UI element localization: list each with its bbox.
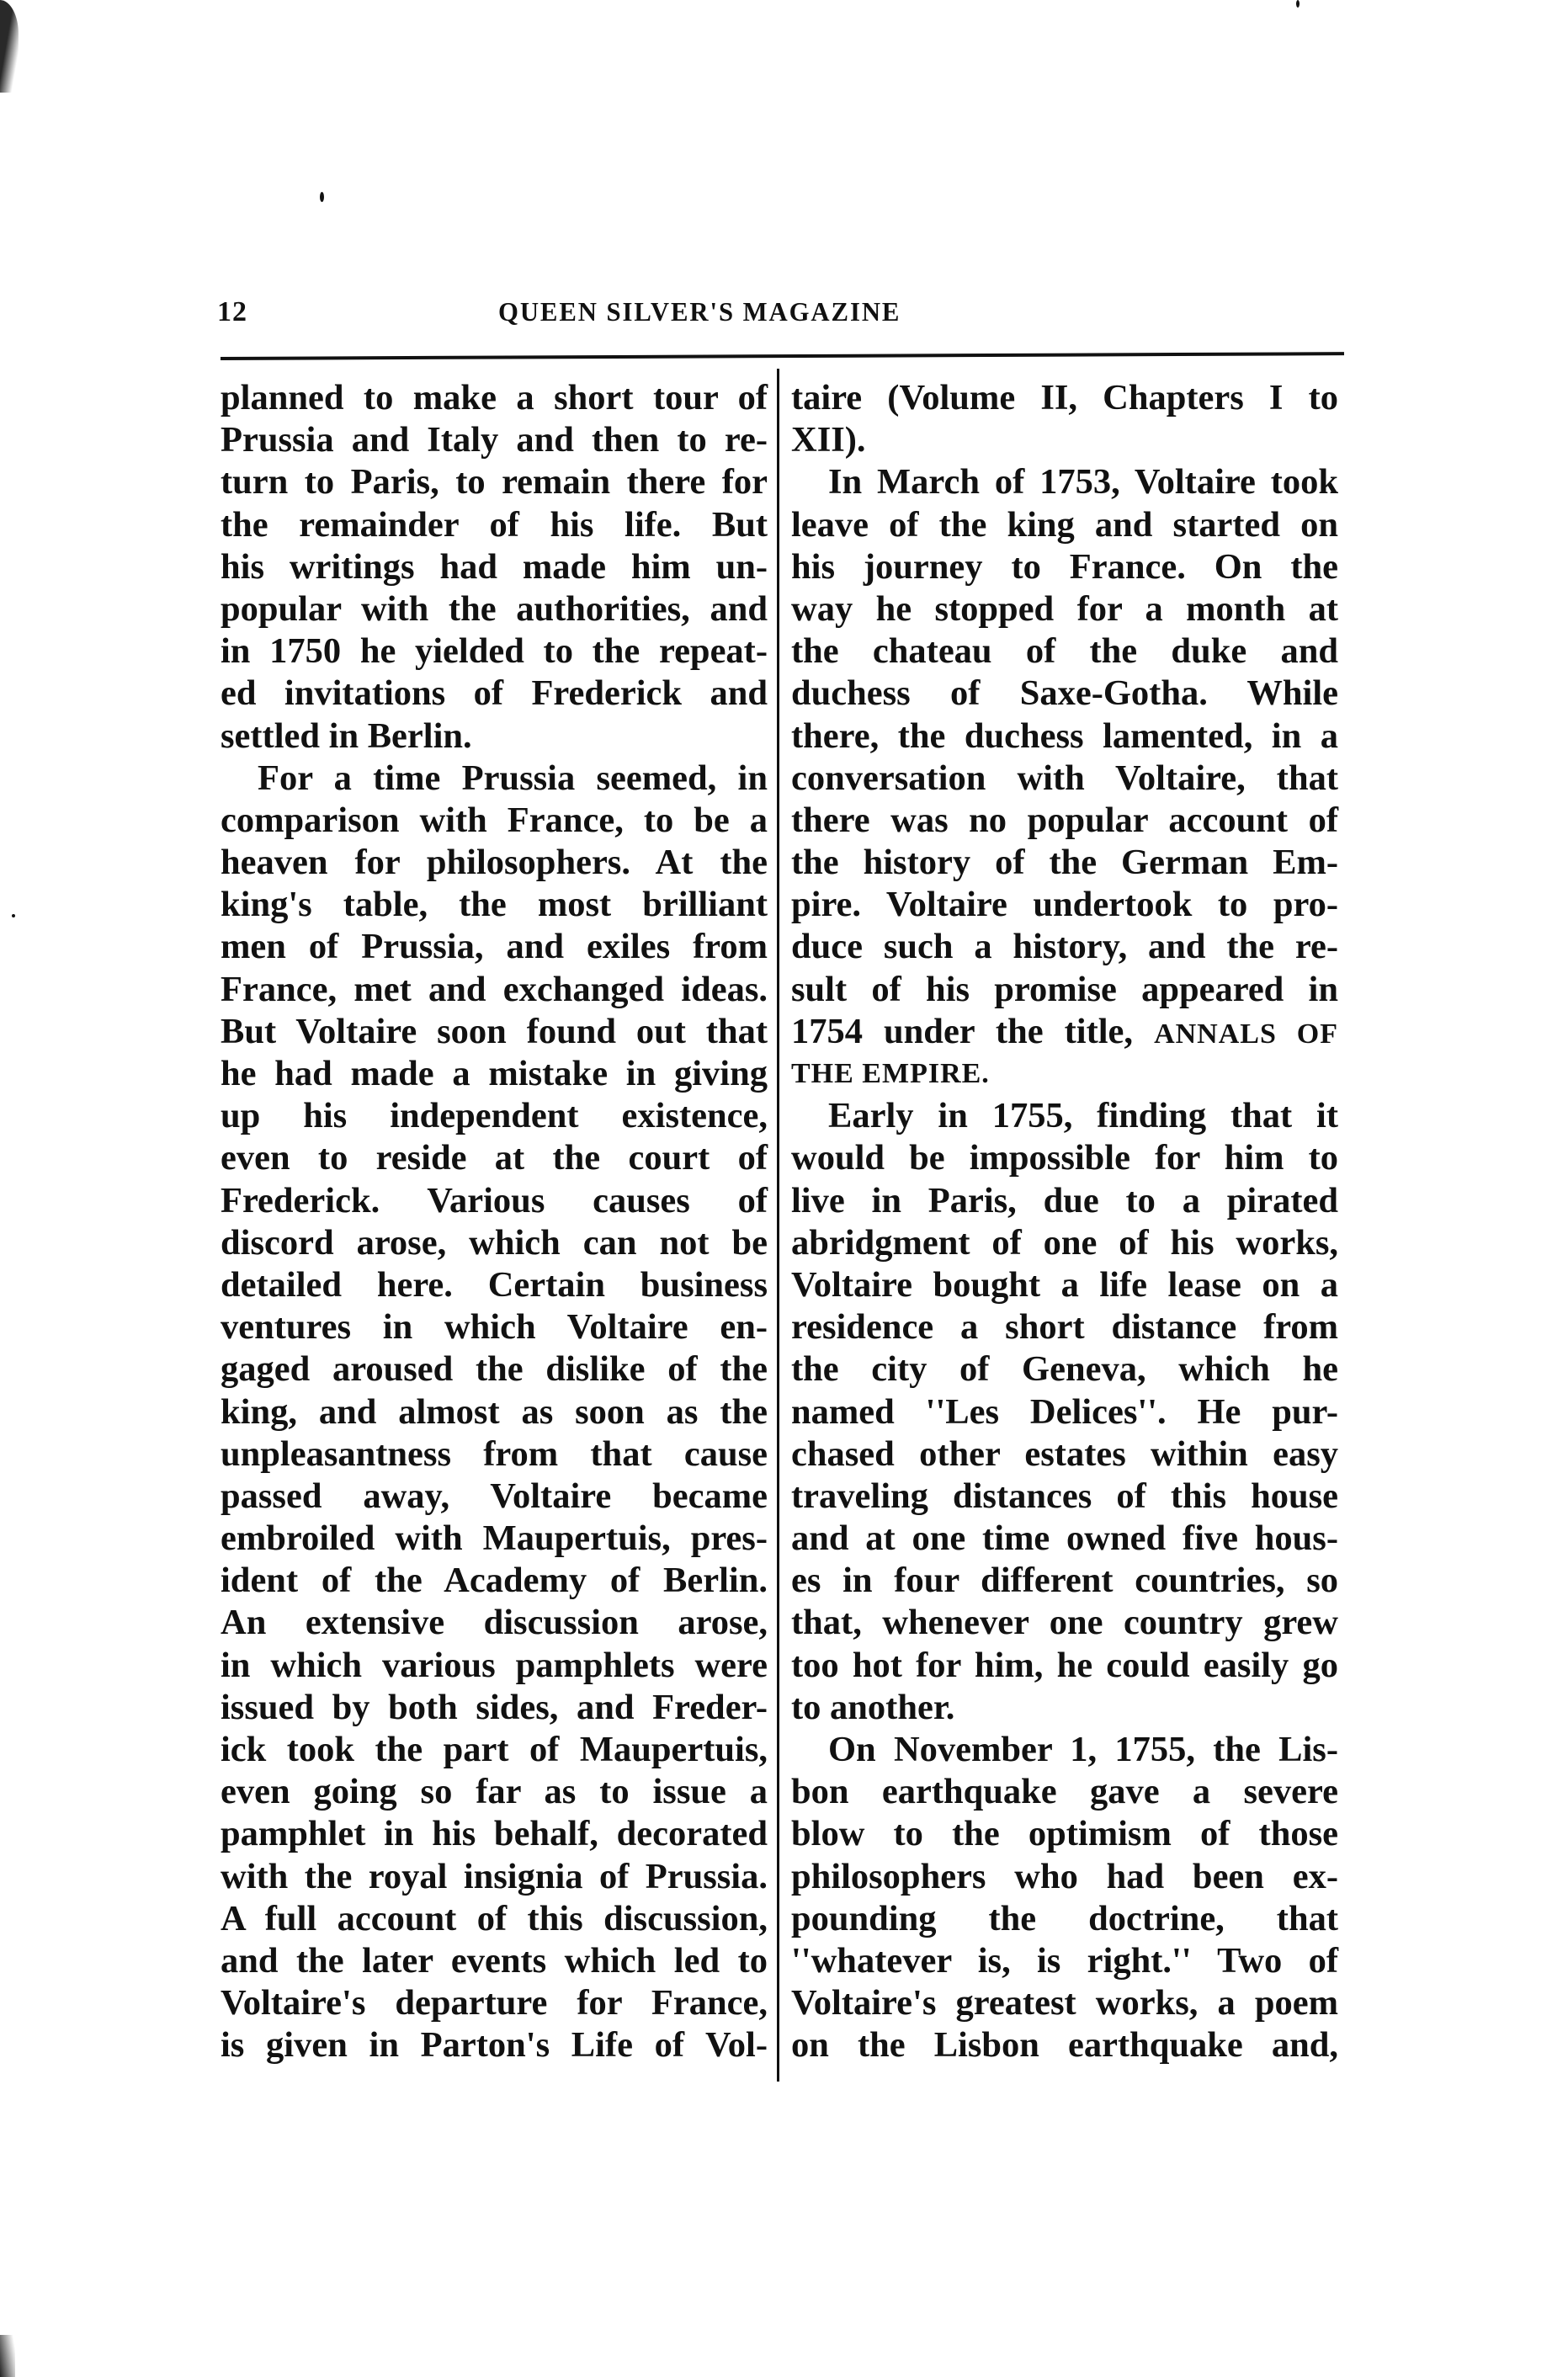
text-line: blow to the optimism of those bbox=[791, 1813, 1338, 1855]
text-line: up his independent existence, bbox=[221, 1095, 768, 1137]
text-column-left: planned to make a short tour ofPrussia a… bbox=[221, 377, 768, 2067]
text-line: pamphlet in his behalf, decorated bbox=[221, 1813, 768, 1855]
text-line: duchess of Saxe-Gotha. While bbox=[791, 673, 1338, 715]
scan-speck bbox=[12, 914, 15, 917]
text-line: comparison with France, to be a bbox=[221, 800, 768, 842]
text-line: live in Paris, due to a pirated bbox=[791, 1180, 1338, 1222]
text-line: Voltaire's greatest works, a poem bbox=[791, 1982, 1338, 2024]
text-line: philosophers who had been ex- bbox=[791, 1856, 1338, 1898]
page-number: 12 bbox=[217, 296, 247, 328]
text-line: conversation with Voltaire, that bbox=[791, 758, 1338, 800]
text-line: 1754 under the title, ANNALS OF bbox=[791, 1011, 1338, 1053]
text-line: abridgment of one of his works, bbox=[791, 1222, 1338, 1264]
magazine-title: QUEEN SILVER'S MAGAZINE bbox=[498, 296, 901, 327]
scan-speck bbox=[320, 192, 324, 202]
scan-edge-shadow bbox=[0, 0, 19, 93]
text-line: settled in Berlin. bbox=[221, 715, 768, 758]
text-line: In March of 1753, Voltaire took bbox=[791, 461, 1338, 503]
text-line: the remainder of his life. But bbox=[221, 504, 768, 546]
text-line: king, and almost as soon as the bbox=[221, 1391, 768, 1433]
text-line: and the later events which led to bbox=[221, 1940, 768, 1982]
text-line: ick took the part of Maupertuis, bbox=[221, 1729, 768, 1771]
text-line: even to reside at the court of bbox=[221, 1137, 768, 1179]
text-line: A full account of this discussion, bbox=[221, 1898, 768, 1940]
text-line: and at one time owned five hous- bbox=[791, 1518, 1338, 1560]
text-line: he had made a mistake in giving bbox=[221, 1053, 768, 1095]
text-line: Early in 1755, finding that it bbox=[791, 1095, 1338, 1137]
text-line: turn to Paris, to remain there for bbox=[221, 461, 768, 503]
text-line: is given in Parton's Life of Vol- bbox=[221, 2024, 768, 2066]
text-line: Voltaire bought a life lease on a bbox=[791, 1264, 1338, 1306]
text-line: the history of the German Em- bbox=[791, 842, 1338, 884]
text-line: Frederick. Various causes of bbox=[221, 1180, 768, 1222]
text-line: in 1750 he yielded to the repeat- bbox=[221, 630, 768, 673]
text-line: pounding the doctrine, that bbox=[791, 1898, 1338, 1940]
text-line: bon earthquake gave a severe bbox=[791, 1771, 1338, 1813]
running-header: 12 QUEEN SILVER'S MAGAZINE bbox=[217, 296, 1345, 338]
header-rule bbox=[221, 352, 1344, 360]
text-line: ''whatever is, is right.'' Two of bbox=[791, 1940, 1338, 1982]
text-line: pire. Voltaire undertook to pro- bbox=[791, 884, 1338, 926]
scan-speck bbox=[1296, 0, 1300, 8]
text-line: way he stopped for a month at bbox=[791, 588, 1338, 630]
text-line: ident of the Academy of Berlin. bbox=[221, 1560, 768, 1602]
text-line: traveling distances of this house bbox=[791, 1476, 1338, 1518]
text-line: heaven for philosophers. At the bbox=[221, 842, 768, 884]
text-line: on the Lisbon earthquake and, bbox=[791, 2024, 1338, 2066]
text-line: embroiled with Maupertuis, pres- bbox=[221, 1518, 768, 1560]
text-line: to another. bbox=[791, 1687, 1338, 1729]
text-line: chased other estates within easy bbox=[791, 1433, 1338, 1476]
text-line: Prussia and Italy and then to re- bbox=[221, 419, 768, 461]
text-line: that, whenever one country grew bbox=[791, 1602, 1338, 1644]
text-line: sult of his promise appeared in bbox=[791, 969, 1338, 1011]
text-line: An extensive discussion arose, bbox=[221, 1602, 768, 1644]
text-line: popular with the authorities, and bbox=[221, 588, 768, 630]
text-line: duce such a history, and the re- bbox=[791, 926, 1338, 968]
text-line: issued by both sides, and Freder- bbox=[221, 1687, 768, 1729]
text-line: king's table, the most brilliant bbox=[221, 884, 768, 926]
scanned-page: 12 QUEEN SILVER'S MAGAZINE planned to ma… bbox=[0, 0, 1568, 2377]
text-line: passed away, Voltaire became bbox=[221, 1476, 768, 1518]
text-line: ed invitations of Frederick and bbox=[221, 673, 768, 715]
column-divider bbox=[777, 369, 779, 2082]
text-line: France, met and exchanged ideas. bbox=[221, 969, 768, 1011]
text-line: ventures in which Voltaire en- bbox=[221, 1306, 768, 1348]
text-line: For a time Prussia seemed, in bbox=[221, 758, 768, 800]
text-line: even going so far as to issue a bbox=[221, 1771, 768, 1813]
text-line: men of Prussia, and exiles from bbox=[221, 926, 768, 968]
text-line: there was no popular account of bbox=[791, 800, 1338, 842]
text-line: his writings had made him un- bbox=[221, 546, 768, 588]
text-line: his journey to France. On the bbox=[791, 546, 1338, 588]
text-line: taire (Volume II, Chapters I to bbox=[791, 377, 1338, 419]
book-title-smallcaps: ANNALS OF bbox=[1154, 1018, 1338, 1050]
text-line: the chateau of the duke and bbox=[791, 630, 1338, 673]
text-line: Voltaire's departure for France, bbox=[221, 1982, 768, 2024]
text-line: planned to make a short tour of bbox=[221, 377, 768, 419]
text-column-right: taire (Volume II, Chapters I toXII).In M… bbox=[791, 377, 1338, 2067]
text-line: the city of Geneva, which he bbox=[791, 1348, 1338, 1391]
text-line: leave of the king and started on bbox=[791, 504, 1338, 546]
text-line: detailed here. Certain business bbox=[221, 1264, 768, 1306]
text-line: there, the duchess lamented, in a bbox=[791, 715, 1338, 758]
text-line: unpleasantness from that cause bbox=[221, 1433, 768, 1476]
text-line: discord arose, which can not be bbox=[221, 1222, 768, 1264]
text-line: too hot for him, he could easily go bbox=[791, 1645, 1338, 1687]
text-line: in which various pamphlets were bbox=[221, 1645, 768, 1687]
text-line: But Voltaire soon found out that bbox=[221, 1011, 768, 1053]
text-line: gaged aroused the dislike of the bbox=[221, 1348, 768, 1391]
text-line: named ''Les Delices''. He pur- bbox=[791, 1391, 1338, 1433]
text-line: THE EMPIRE. bbox=[791, 1053, 1338, 1095]
text-line: On November 1, 1755, the Lis- bbox=[791, 1729, 1338, 1771]
scan-edge-shadow-bottom bbox=[0, 2335, 15, 2377]
text-line: es in four different countries, so bbox=[791, 1560, 1338, 1602]
text-line: residence a short distance from bbox=[791, 1306, 1338, 1348]
text-line: would be impossible for him to bbox=[791, 1137, 1338, 1179]
text-line: with the royal insignia of Prussia. bbox=[221, 1856, 768, 1898]
text-line: XII). bbox=[791, 419, 1338, 461]
